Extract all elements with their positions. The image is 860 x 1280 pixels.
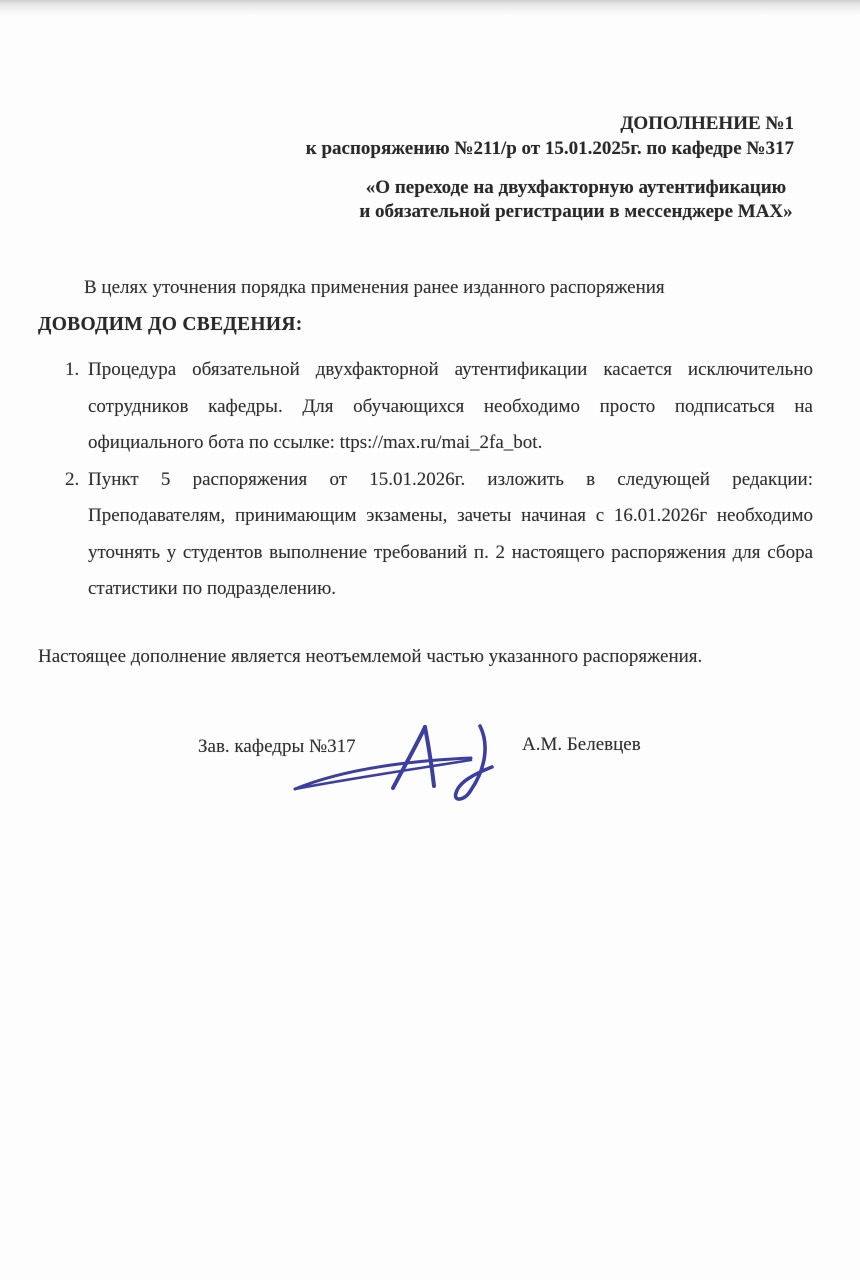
item-text: Пункт 5 распоряжения от 15.01.2026г. изл…: [88, 469, 813, 600]
list-item: 1. Процедура обязательной двухфакторной …: [65, 352, 813, 462]
document-subject: «О переходе на двухфакторную аутентифика…: [316, 176, 836, 224]
item-number: 2.: [65, 462, 79, 499]
document-page: ДОПОЛНЕНИЕ №1 к распоряжению №211/р от 1…: [0, 0, 860, 1280]
closing-paragraph: Настоящее дополнение является неотъемлем…: [38, 645, 702, 669]
subject-line-2: и обязательной регистрации в мессенджере…: [316, 200, 836, 224]
subject-line-1: «О переходе на двухфакторную аутентифика…: [316, 176, 836, 200]
notice-heading: ДОВОДИМ ДО СВЕДЕНИЯ:: [38, 314, 303, 336]
signer-name: А.М. Белевцев: [522, 734, 641, 756]
document-header: ДОПОЛНЕНИЕ №1 к распоряжению №211/р от 1…: [306, 111, 794, 161]
item-number: 1.: [65, 352, 79, 389]
document-title: ДОПОЛНЕНИЕ №1: [306, 111, 794, 136]
photo-edge-shadow: [0, 0, 860, 16]
list-item: 2. Пункт 5 распоряжения от 15.01.2026г. …: [65, 462, 813, 608]
item-text: Процедура обязательной двухфакторной аут…: [88, 359, 813, 453]
document-reference: к распоряжению №211/р от 15.01.2025г. по…: [306, 136, 794, 161]
intro-paragraph: В целях уточнения порядка применения ран…: [40, 276, 762, 300]
item-list: 1. Процедура обязательной двухфакторной …: [65, 352, 813, 608]
signature-ink: [283, 700, 507, 808]
